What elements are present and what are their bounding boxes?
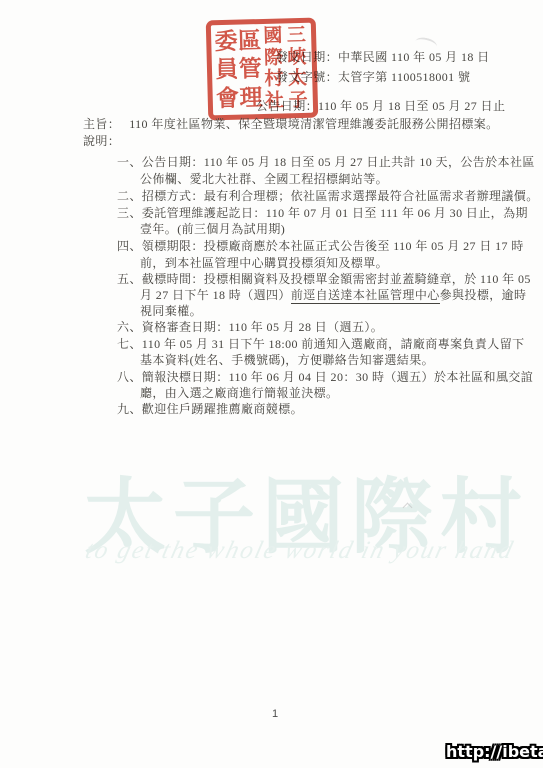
seal-char: 村 [264,70,284,89]
item-5-line-2-post: 參與投標，逾時 [440,288,527,302]
item-3-line-1: 三、委託管理維護起訖日：110 年 07 月 01 日至 111 年 06 月 … [117,206,528,221]
seal-char: 太 [288,69,308,88]
seal-column: 國 際 村 社 [261,25,287,112]
seal-char: 區 [238,29,262,53]
item-8-line-1: 八、簡報決標日期：110 年 06 月 04 日 20：30 時（週五）於本社區… [117,370,533,385]
subject-line: 主旨：110 年度社區物業、保全暨環境清潔管理維護委託服務公開招標案。 [83,117,499,132]
item-8-line-2: 廳，由入選之廠商進行簡報並決標。 [140,386,338,401]
seal-char: 社 [265,91,285,110]
ibeta-url-watermark: http://ibeta.tw [446,742,543,761]
seal-char: 子 [288,91,308,110]
item-9-line-1: 九、歡迎住戶踴躍推薦廠商競標。 [117,402,303,417]
item-3-line-2: 壹年。(前三個月為試用期) [140,222,285,237]
item-1-line-1: 一、公告日期：110 年 05 月 18 日至 05 月 27 日止共計 10 … [117,155,535,170]
item-2-line-1: 二、招標方式：最有利合理標；依社區需求選擇最符合社區需求者辦理議價。 [117,189,539,204]
seal-char: 三 [287,26,307,45]
item-5-line-2: 月 27 日下午 18 時（週四）前逕自送達本社區管理中心參與投標，逾時 [140,288,526,303]
item-7-line-2: 基本資料(姓名、手機號碼)，方便聯絡告知審選結果。 [140,353,434,368]
item-1-line-2: 公佈欄、愛北大社群、全國工程招標網站等。 [140,172,388,187]
item-5-underlined-text: 前逕自送達本社區管理中心 [291,288,440,304]
seal-char: 會 [216,87,240,111]
official-seal: 三 峽 太 子 國 際 村 社 區 管 理 委 員 會 [206,18,319,121]
seal-column: 區 管 理 [237,26,263,113]
seal-char: 際 [264,48,284,67]
item-6-line-1: 六、資格審查日期：110 年 05 月 28 日（週五）。 [117,320,383,335]
subject-text: 110 年度社區物業、保全暨環境清潔管理維護委託服務公開招標案。 [129,117,498,131]
item-4-line-1: 四、領標期限：投標廠商應於本社區正式公告後至 110 年 05 月 27 日 1… [117,239,524,254]
item-5-line-3: 視同棄權。 [140,304,202,319]
seal-char: 員 [215,58,239,82]
explanation-label: 說明： [83,134,120,149]
item-7-line-1: 七、110 年 05 月 31 日下午 18:00 前通知入選廠商，請廠商專案負… [117,337,525,352]
seal-char: 管 [238,57,262,81]
subject-label: 主旨： [83,117,120,131]
seal-char: 委 [214,29,238,53]
item-4-line-2: 前，到本社區管理中心購買投標須知及標單。 [140,256,388,271]
seal-char: 理 [239,86,263,110]
watermark-script-tagline: to get the whole world in your hand [83,537,518,565]
document-page: 太子國際村 to get the whole world in your han… [0,0,543,768]
seal-char: 國 [263,27,283,46]
item-5-line-1: 五、截標時間：投標相關資料及投標單金額需密封並蓋騎縫章，於 110 年 05 [117,272,531,287]
page-number: 1 [272,708,278,720]
item-5-line-2-pre: 月 27 日下午 18 時（週四） [140,288,291,302]
seal-column: 委 員 會 [214,27,240,114]
seal-char: 峽 [287,48,307,67]
seal-column: 三 峽 太 子 [284,25,310,112]
